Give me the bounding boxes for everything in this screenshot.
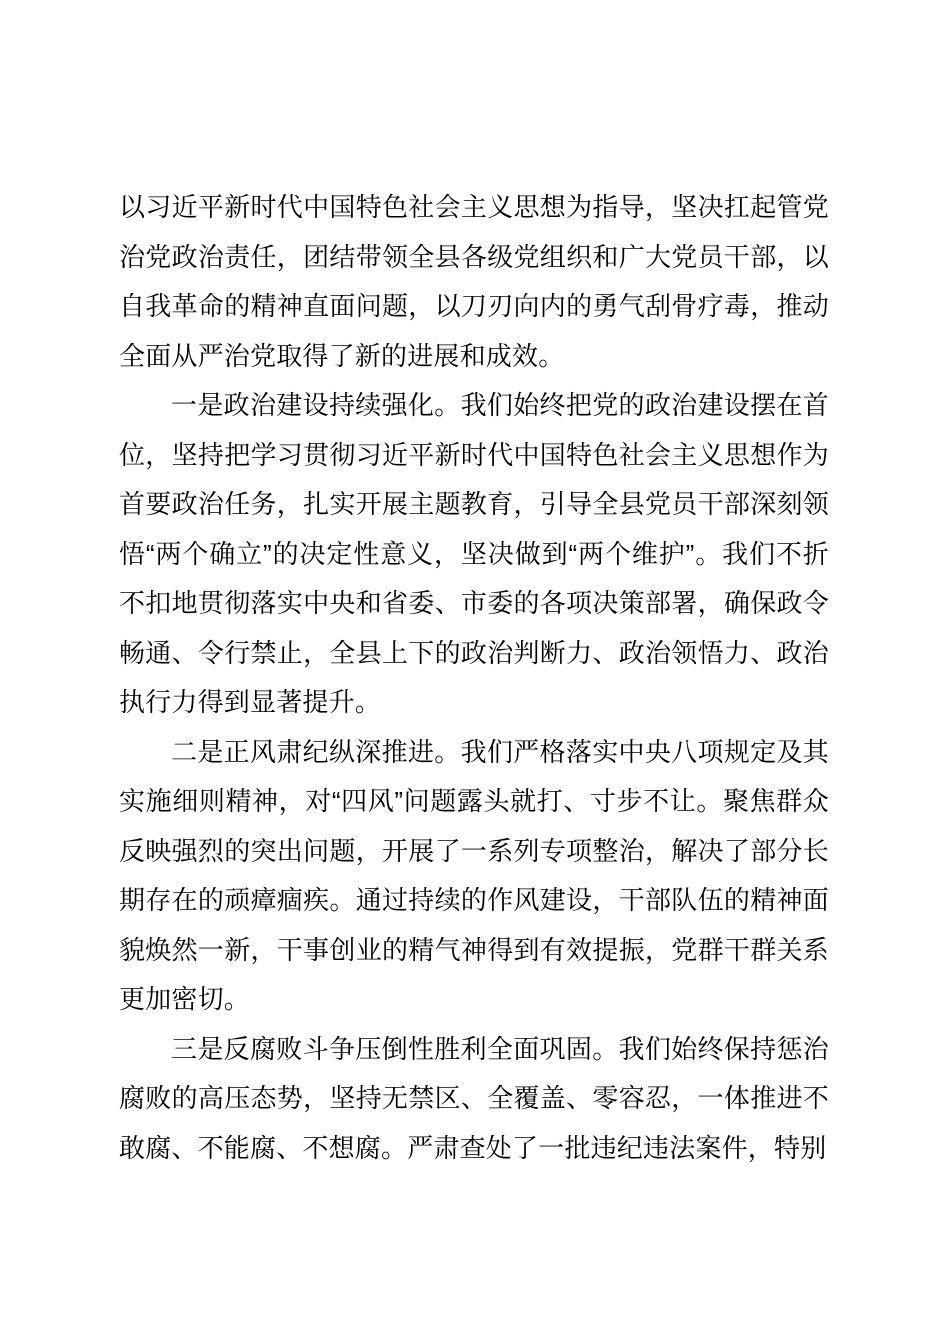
paragraph-point-three: 三是反腐败斗争压倒性胜利全面巩固。我们始终保持惩治腐败的高压态势，坚持无禁区、全… [119, 1025, 829, 1174]
paragraph-continuation: 以习近平新时代中国特色社会主义思想为指导，坚决扛起管党治党政治责任，团结带领全县… [119, 183, 829, 381]
document-page: 以习近平新时代中国特色社会主义思想为指导，坚决扛起管党治党政治责任，团结带领全县… [0, 0, 950, 1344]
paragraph-point-one: 一是政治建设持续强化。我们始终把党的政治建设摆在首位，坚持把学习贯彻习近平新时代… [119, 381, 829, 728]
document-body: 以习近平新时代中国特色社会主义思想为指导，坚决扛起管党治党政治责任，团结带领全县… [119, 183, 829, 1173]
paragraph-point-two: 二是正风肃纪纵深推进。我们严格落实中央八项规定及其实施细则精神，对“四风”问题露… [119, 728, 829, 1025]
